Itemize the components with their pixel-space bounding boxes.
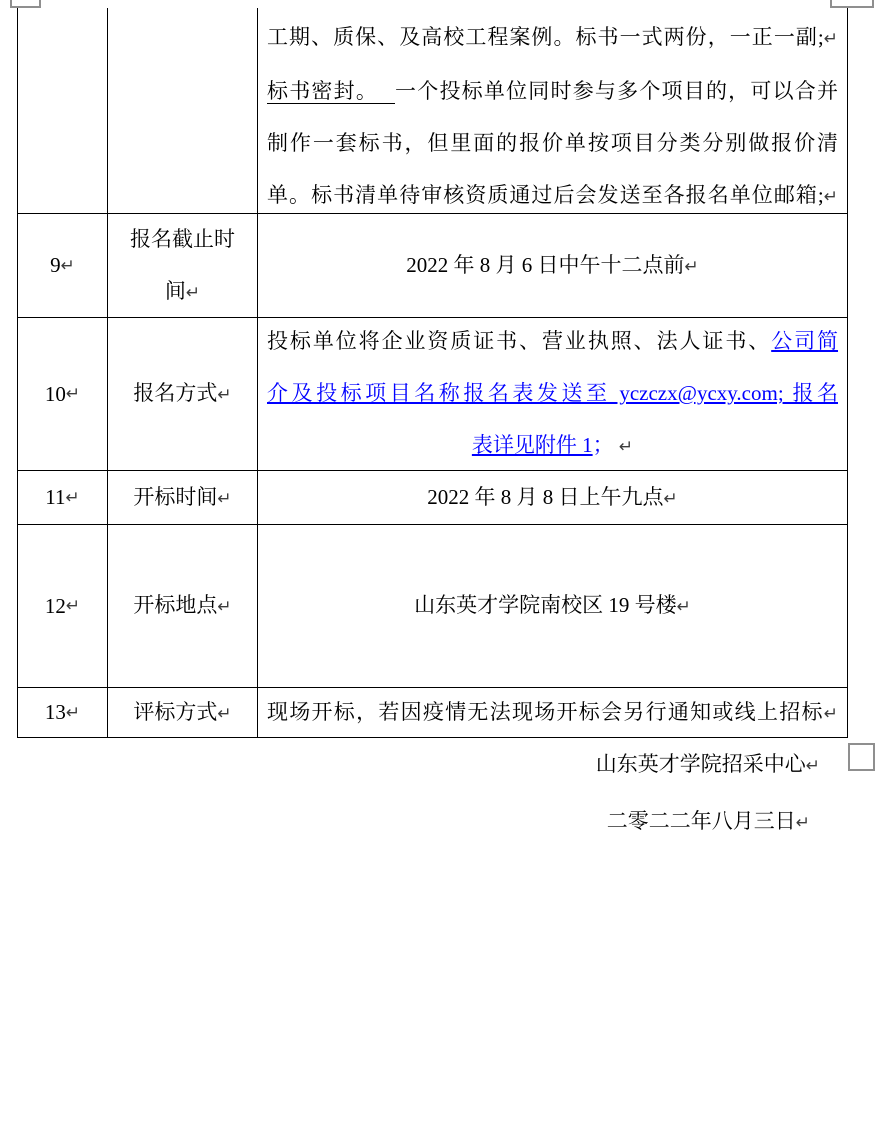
content-line: 制作一套标书，但里面的报价单按项目分类分别做报价清 bbox=[267, 117, 838, 169]
text-segment: 标书密封。 bbox=[267, 79, 395, 104]
row-content-cell: 2022 年 8 月 8 日上午九点↵ bbox=[258, 471, 847, 524]
content-line: 标书密封。一个投标单位同时参与多个项目的，可以合并 bbox=[267, 65, 838, 117]
row-number-cell: 10↵ bbox=[18, 318, 108, 470]
text-segment: 报名方式 bbox=[133, 381, 217, 405]
row-label-cell bbox=[108, 8, 258, 213]
signature-block: 山东英才学院招采中心↵ 二零二二年八月三日↵ bbox=[0, 737, 882, 851]
content-line: 工期、质保、及高校工程案例。标书一式两份，一正一副;↵ bbox=[267, 11, 838, 65]
table-row: 13↵评标方式↵现场开标，若因疫情无法现场开标会另行通知或线上招标↵ bbox=[18, 688, 847, 738]
text-segment: 现场开标，若因疫情无法现场开标会另行通知或线上招标 bbox=[267, 700, 824, 724]
pilcrow-mark: ↵ bbox=[217, 489, 231, 509]
text-segment: 11 bbox=[45, 485, 65, 510]
row-label-cell: 报名截止时间↵ bbox=[108, 214, 258, 317]
content-line: 表详见附件 1； ↵ bbox=[267, 419, 838, 473]
pilcrow-mark: ↵ bbox=[677, 597, 691, 617]
pilcrow-mark: ↵ bbox=[66, 596, 80, 616]
pilcrow-mark: ↵ bbox=[796, 813, 810, 833]
text-segment: 单。标书清单待审核资质通过后会发送至各报名单位邮箱; bbox=[267, 183, 824, 207]
label-line: 开标地点↵ bbox=[133, 579, 231, 633]
text-segment: 2022 年 8 月 6 日中午十二点前 bbox=[406, 253, 684, 277]
pilcrow-mark: ↵ bbox=[824, 29, 838, 49]
text-segment: 一个投标单位同时参与多个项目的，可以合并 bbox=[395, 79, 838, 103]
row-label-cell: 评标方式↵ bbox=[108, 688, 258, 737]
pilcrow-mark: ↵ bbox=[65, 488, 79, 508]
content-line: 介及投标项目名称报名表发送至 yczczx@ycxy.com; 报名 bbox=[267, 367, 838, 419]
cropped-marker-box-top-right bbox=[830, 0, 874, 8]
pilcrow-mark: ↵ bbox=[66, 703, 80, 723]
content-line: 山东英才学院南校区 19 号楼↵ bbox=[267, 579, 838, 633]
text-segment: 10 bbox=[45, 382, 66, 407]
hyperlink[interactable]: 公司简 bbox=[771, 329, 838, 353]
text-segment: 13 bbox=[45, 700, 66, 725]
row-number-cell: 11↵ bbox=[18, 471, 108, 524]
signature-date-text: 二零二二年八月三日 bbox=[607, 809, 796, 833]
text-segment: 工期、质保、及高校工程案例。标书一式两份，一正一副; bbox=[267, 25, 824, 49]
pilcrow-mark: ↵ bbox=[824, 704, 838, 724]
pilcrow-mark: ↵ bbox=[217, 385, 231, 405]
text-segment: 9 bbox=[50, 253, 61, 278]
text-segment: 开标地点 bbox=[133, 593, 217, 617]
label-line: 报名方式↵ bbox=[133, 367, 231, 421]
hyperlink[interactable]: 表详见附件 1 bbox=[472, 433, 593, 457]
row-number-cell: 9↵ bbox=[18, 214, 108, 317]
row-content-cell: 投标单位将企业资质证书、营业执照、法人证书、公司简介及投标项目名称报名表发送至 … bbox=[258, 318, 847, 470]
table-row: 工期、质保、及高校工程案例。标书一式两份，一正一副;↵标书密封。一个投标单位同时… bbox=[18, 8, 847, 214]
pilcrow-mark: ↵ bbox=[619, 437, 633, 457]
row-content-cell: 工期、质保、及高校工程案例。标书一式两份，一正一副;↵标书密封。一个投标单位同时… bbox=[258, 8, 847, 213]
signature-org: 山东英才学院招采中心↵ bbox=[0, 737, 882, 794]
row-label-cell: 开标时间↵ bbox=[108, 471, 258, 524]
label-line: 评标方式↵ bbox=[133, 686, 231, 740]
table-row: 9↵报名截止时间↵2022 年 8 月 6 日中午十二点前↵ bbox=[18, 214, 847, 318]
text-segment: 投标单位将企业资质证书、营业执照、法人证书、 bbox=[267, 329, 771, 353]
cropped-marker-box-top-left bbox=[10, 0, 41, 8]
content-line: 2022 年 8 月 8 日上午九点↵ bbox=[267, 471, 838, 525]
pilcrow-mark: ↵ bbox=[664, 489, 678, 509]
text-segment: 开标时间 bbox=[133, 485, 217, 509]
text-segment: 2022 年 8 月 8 日上午九点 bbox=[427, 485, 663, 509]
pilcrow-mark: ↵ bbox=[685, 257, 699, 277]
pilcrow-mark: ↵ bbox=[217, 597, 231, 617]
row-number-cell bbox=[18, 8, 108, 213]
text-segment: 12 bbox=[45, 594, 66, 619]
text-segment: ； bbox=[593, 433, 614, 457]
table-row: 12↵开标地点↵山东英才学院南校区 19 号楼↵ bbox=[18, 525, 847, 688]
table-row: 11↵开标时间↵2022 年 8 月 8 日上午九点↵ bbox=[18, 471, 847, 525]
table-row: 10↵报名方式↵投标单位将企业资质证书、营业执照、法人证书、公司简介及投标项目名… bbox=[18, 318, 847, 471]
text-segment: 报名截止时 bbox=[130, 227, 235, 251]
content-line: 2022 年 8 月 6 日中午十二点前↵ bbox=[267, 239, 838, 293]
pilcrow-mark: ↵ bbox=[66, 384, 80, 404]
pilcrow-mark: ↵ bbox=[186, 283, 200, 303]
content-line: 投标单位将企业资质证书、营业执照、法人证书、公司简 bbox=[267, 315, 838, 367]
signature-date: 二零二二年八月三日↵ bbox=[0, 794, 882, 851]
tender-info-table: 工期、质保、及高校工程案例。标书一式两份，一正一副;↵标书密封。一个投标单位同时… bbox=[17, 8, 848, 738]
text-segment: 间 bbox=[165, 279, 186, 303]
row-content-cell: 山东英才学院南校区 19 号楼↵ bbox=[258, 525, 847, 687]
pilcrow-mark: ↵ bbox=[806, 756, 820, 776]
text-segment: 山东英才学院南校区 19 号楼 bbox=[414, 593, 677, 617]
row-label-cell: 开标地点↵ bbox=[108, 525, 258, 687]
empty-anchor-box bbox=[848, 743, 875, 771]
text-segment: 制作一套标书，但里面的报价单按项目分类分别做报价清 bbox=[267, 131, 838, 155]
content-line: 现场开标，若因疫情无法现场开标会另行通知或线上招标↵ bbox=[267, 686, 838, 740]
label-line: 开标时间↵ bbox=[133, 471, 231, 525]
label-line: 间↵ bbox=[165, 265, 200, 319]
label-line: 报名截止时 bbox=[130, 213, 235, 265]
row-label-cell: 报名方式↵ bbox=[108, 318, 258, 470]
document-page: 工期、质保、及高校工程案例。标书一式两份，一正一副;↵标书密封。一个投标单位同时… bbox=[0, 0, 882, 1122]
text-segment: 评标方式 bbox=[133, 700, 217, 724]
row-number-cell: 12↵ bbox=[18, 525, 108, 687]
pilcrow-mark: ↵ bbox=[824, 187, 838, 207]
row-number-cell: 13↵ bbox=[18, 688, 108, 737]
pilcrow-mark: ↵ bbox=[217, 704, 231, 724]
pilcrow-mark: ↵ bbox=[61, 256, 75, 276]
row-content-cell: 现场开标，若因疫情无法现场开标会另行通知或线上招标↵ bbox=[258, 688, 847, 737]
hyperlink[interactable]: 介及投标项目名称报名表发送至 yczczx@ycxy.com; 报名 bbox=[267, 381, 838, 405]
signature-org-text: 山东英才学院招采中心 bbox=[596, 752, 806, 776]
row-content-cell: 2022 年 8 月 6 日中午十二点前↵ bbox=[258, 214, 847, 317]
